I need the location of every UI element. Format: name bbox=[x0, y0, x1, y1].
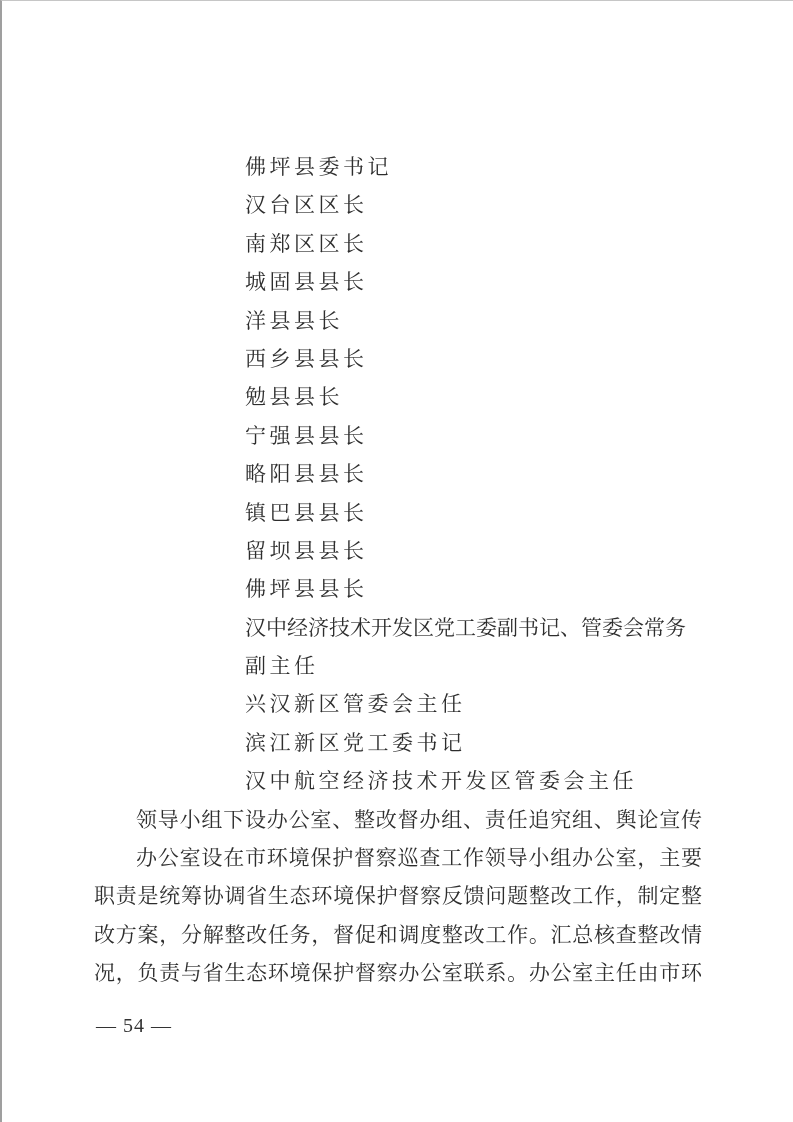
text-line: 况，负责与省生态环境保护督察办公室联系。办公室主任由市环 bbox=[94, 954, 702, 992]
text-line: 城固县县长 bbox=[245, 263, 702, 301]
text-line: 汉台区区长 bbox=[245, 186, 702, 224]
text-line: 略阳县县长 bbox=[245, 455, 702, 493]
footer-page-number: — 54 — bbox=[96, 1013, 172, 1039]
text-line: 改方案，分解整改任务，督促和调度整改工作。汇总核查整改情 bbox=[94, 916, 702, 954]
page: 佛坪县委书记汉台区区长南郑区区长城固县县长洋县县长西乡县县长勉县县长宁强县县长略… bbox=[0, 0, 793, 1122]
text-line: 汉中经济技术开发区党工委副书记、管委会常务 bbox=[245, 609, 702, 647]
text-line: 留坝县县长 bbox=[245, 532, 702, 570]
text-line: 南郑区区长 bbox=[245, 225, 702, 263]
text-line: 兴汉新区管委会主任 bbox=[245, 685, 702, 723]
text-line: 职责是统筹协调省生态环境保护督察反馈问题整改工作，制定整 bbox=[94, 877, 702, 915]
text-line: 勉县县长 bbox=[245, 378, 702, 416]
text-line: 办公室设在市环境保护督察巡查工作领导小组办公室，主要 bbox=[94, 839, 702, 877]
text-line: 副主任 bbox=[245, 647, 702, 685]
text-line: 洋县县长 bbox=[245, 302, 702, 340]
text-line: 滨江新区党工委书记 bbox=[245, 724, 702, 762]
text-line: 西乡县县长 bbox=[245, 340, 702, 378]
text-line: 镇巴县县长 bbox=[245, 494, 702, 532]
text-line: 领导小组下设办公室、整改督办组、责任追究组、舆论宣传组。 bbox=[94, 801, 702, 839]
text-line: 佛坪县县长 bbox=[245, 570, 702, 608]
text-line: 宁强县县长 bbox=[245, 417, 702, 455]
document-body: 佛坪县委书记汉台区区长南郑区区长城固县县长洋县县长西乡县县长勉县县长宁强县县长略… bbox=[94, 148, 702, 993]
text-line: 佛坪县委书记 bbox=[245, 148, 702, 186]
text-line: 汉中航空经济技术开发区管委会主任 bbox=[245, 762, 702, 800]
